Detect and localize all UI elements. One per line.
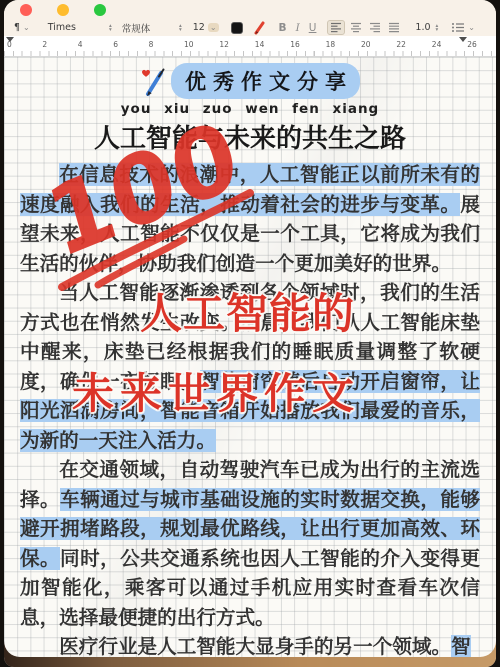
bold-button[interactable]: B [279, 22, 287, 34]
font-style-select[interactable]: 常规体 ▴▾ [122, 21, 182, 35]
essay-text: 同时，公共交通系统也因人工智能的介入变得更加智能化，乘客可以通过手机应用实时查看… [20, 547, 480, 629]
stepper-icon: ▴▾ [436, 24, 439, 32]
essay-title: 人工智能与未来的共生之路 [4, 124, 496, 154]
minimize-button[interactable] [57, 4, 69, 16]
stepper-icon: ▴▾ [179, 24, 182, 32]
align-left-icon [330, 22, 342, 33]
essay-paragraph[interactable]: 当人工智能逐渐渗透到各个领域时，我们的生活方式也在悄然发生改变。清晨，我们从人工… [20, 278, 480, 455]
align-justify-button[interactable] [386, 21, 402, 34]
font-family-value: Times [48, 22, 76, 33]
ruler-number: 10 [184, 40, 194, 49]
ruler-number: 12 [219, 40, 229, 49]
ruler-number: 2 [42, 40, 47, 49]
highlight-pen-button[interactable] [253, 21, 266, 35]
essay-header-badge: 优秀作文分享 [4, 63, 496, 99]
font-size-select[interactable]: 12 ⌄ [193, 22, 219, 33]
window-controls [20, 4, 486, 16]
ruler-number: 8 [149, 40, 154, 49]
toolbar: ¶ ⌄ Times ▴▾ 常规体 ▴▾ 12 ⌄ [4, 0, 496, 36]
align-left-button[interactable] [327, 20, 345, 35]
paragraph-mark-menu[interactable]: ¶ ⌄ [14, 22, 30, 33]
align-center-button[interactable] [348, 21, 364, 34]
italic-button[interactable]: I [296, 22, 300, 34]
indent-marker-right[interactable] [459, 37, 467, 42]
list-style-button[interactable]: ⌄ [451, 22, 475, 33]
ruler-number: 4 [78, 40, 83, 49]
line-spacing-control[interactable]: 1.0 ▴▾ [415, 22, 438, 33]
essay-paragraph[interactable]: 在交通领域，自动驾驶汽车已成为出行的主流选择。车辆通过与城市基础设施的实时数据交… [20, 455, 480, 632]
indent-marker-left[interactable] [6, 37, 14, 42]
chevron-down-icon: ⌄ [23, 23, 30, 32]
bullet-list-icon [451, 22, 465, 33]
ruler-number: 16 [290, 40, 300, 49]
essay-text: 医疗行业是人工智能大显身手的另一个领域。 [59, 635, 451, 657]
line-spacing-value: 1.0 [415, 22, 430, 33]
ruler-number: 22 [396, 40, 406, 49]
ruler-number: 26 [467, 40, 477, 49]
zoom-button[interactable] [94, 4, 106, 16]
highlighted-text: 在信息技术的浪潮中，人工智能正以前所未有的速度融入我们的生活，推动着社会的进步与… [20, 163, 480, 216]
font-size-value: 12 [193, 22, 205, 33]
pilcrow-icon: ¶ [14, 22, 20, 33]
highlight-pen-icon [253, 21, 266, 35]
document-page[interactable]: 优秀作文分享 you xiu zuo wen fen xiang 人工智能与未来… [4, 57, 496, 657]
chevron-down-icon: ⌄ [208, 23, 219, 32]
essay-paragraph[interactable]: 医疗行业是人工智能大显身手的另一个领域。智 [20, 632, 480, 657]
pen-and-heart-icon [140, 65, 168, 97]
format-controls: ¶ ⌄ Times ▴▾ 常规体 ▴▾ 12 ⌄ [20, 19, 486, 36]
highlighted-text: 智 [451, 635, 471, 657]
close-button[interactable] [20, 4, 32, 16]
essay-paragraph[interactable]: 在信息技术的浪潮中，人工智能正以前所未有的速度融入我们的生活，推动着社会的进步与… [20, 160, 480, 278]
ruler-ticks [4, 51, 496, 56]
ruler-number: 24 [432, 40, 442, 49]
ruler-number: 20 [361, 40, 371, 49]
pinyin-subtitle: you xiu zuo wen fen xiang [4, 101, 496, 117]
chevron-down-icon: ⌄ [468, 23, 475, 32]
desk-background: 优秀作文分享 you xiu zuo wen fen xiang 人工智能与未来… [4, 57, 496, 667]
ruler-number: 14 [255, 40, 265, 49]
stepper-icon: ▴▾ [109, 24, 112, 32]
align-center-icon [350, 22, 362, 33]
ruler-number: 18 [326, 40, 336, 49]
badge-title: 优秀作文分享 [171, 63, 360, 99]
font-color-swatch[interactable] [231, 22, 243, 34]
app-window: ¶ ⌄ Times ▴▾ 常规体 ▴▾ 12 ⌄ [4, 0, 496, 667]
ruler-number: 6 [113, 40, 118, 49]
align-right-icon [369, 22, 381, 33]
align-right-button[interactable] [367, 21, 383, 34]
font-style-value: 常规体 [122, 21, 151, 35]
underline-button[interactable]: U [309, 22, 317, 34]
essay-body: 在信息技术的浪潮中，人工智能正以前所未有的速度融入我们的生活，推动着社会的进步与… [4, 160, 496, 657]
font-family-select[interactable]: Times ▴▾ [48, 22, 112, 33]
ruler[interactable]: 02468101214161820222426 [4, 36, 496, 57]
align-justify-icon [388, 22, 400, 33]
